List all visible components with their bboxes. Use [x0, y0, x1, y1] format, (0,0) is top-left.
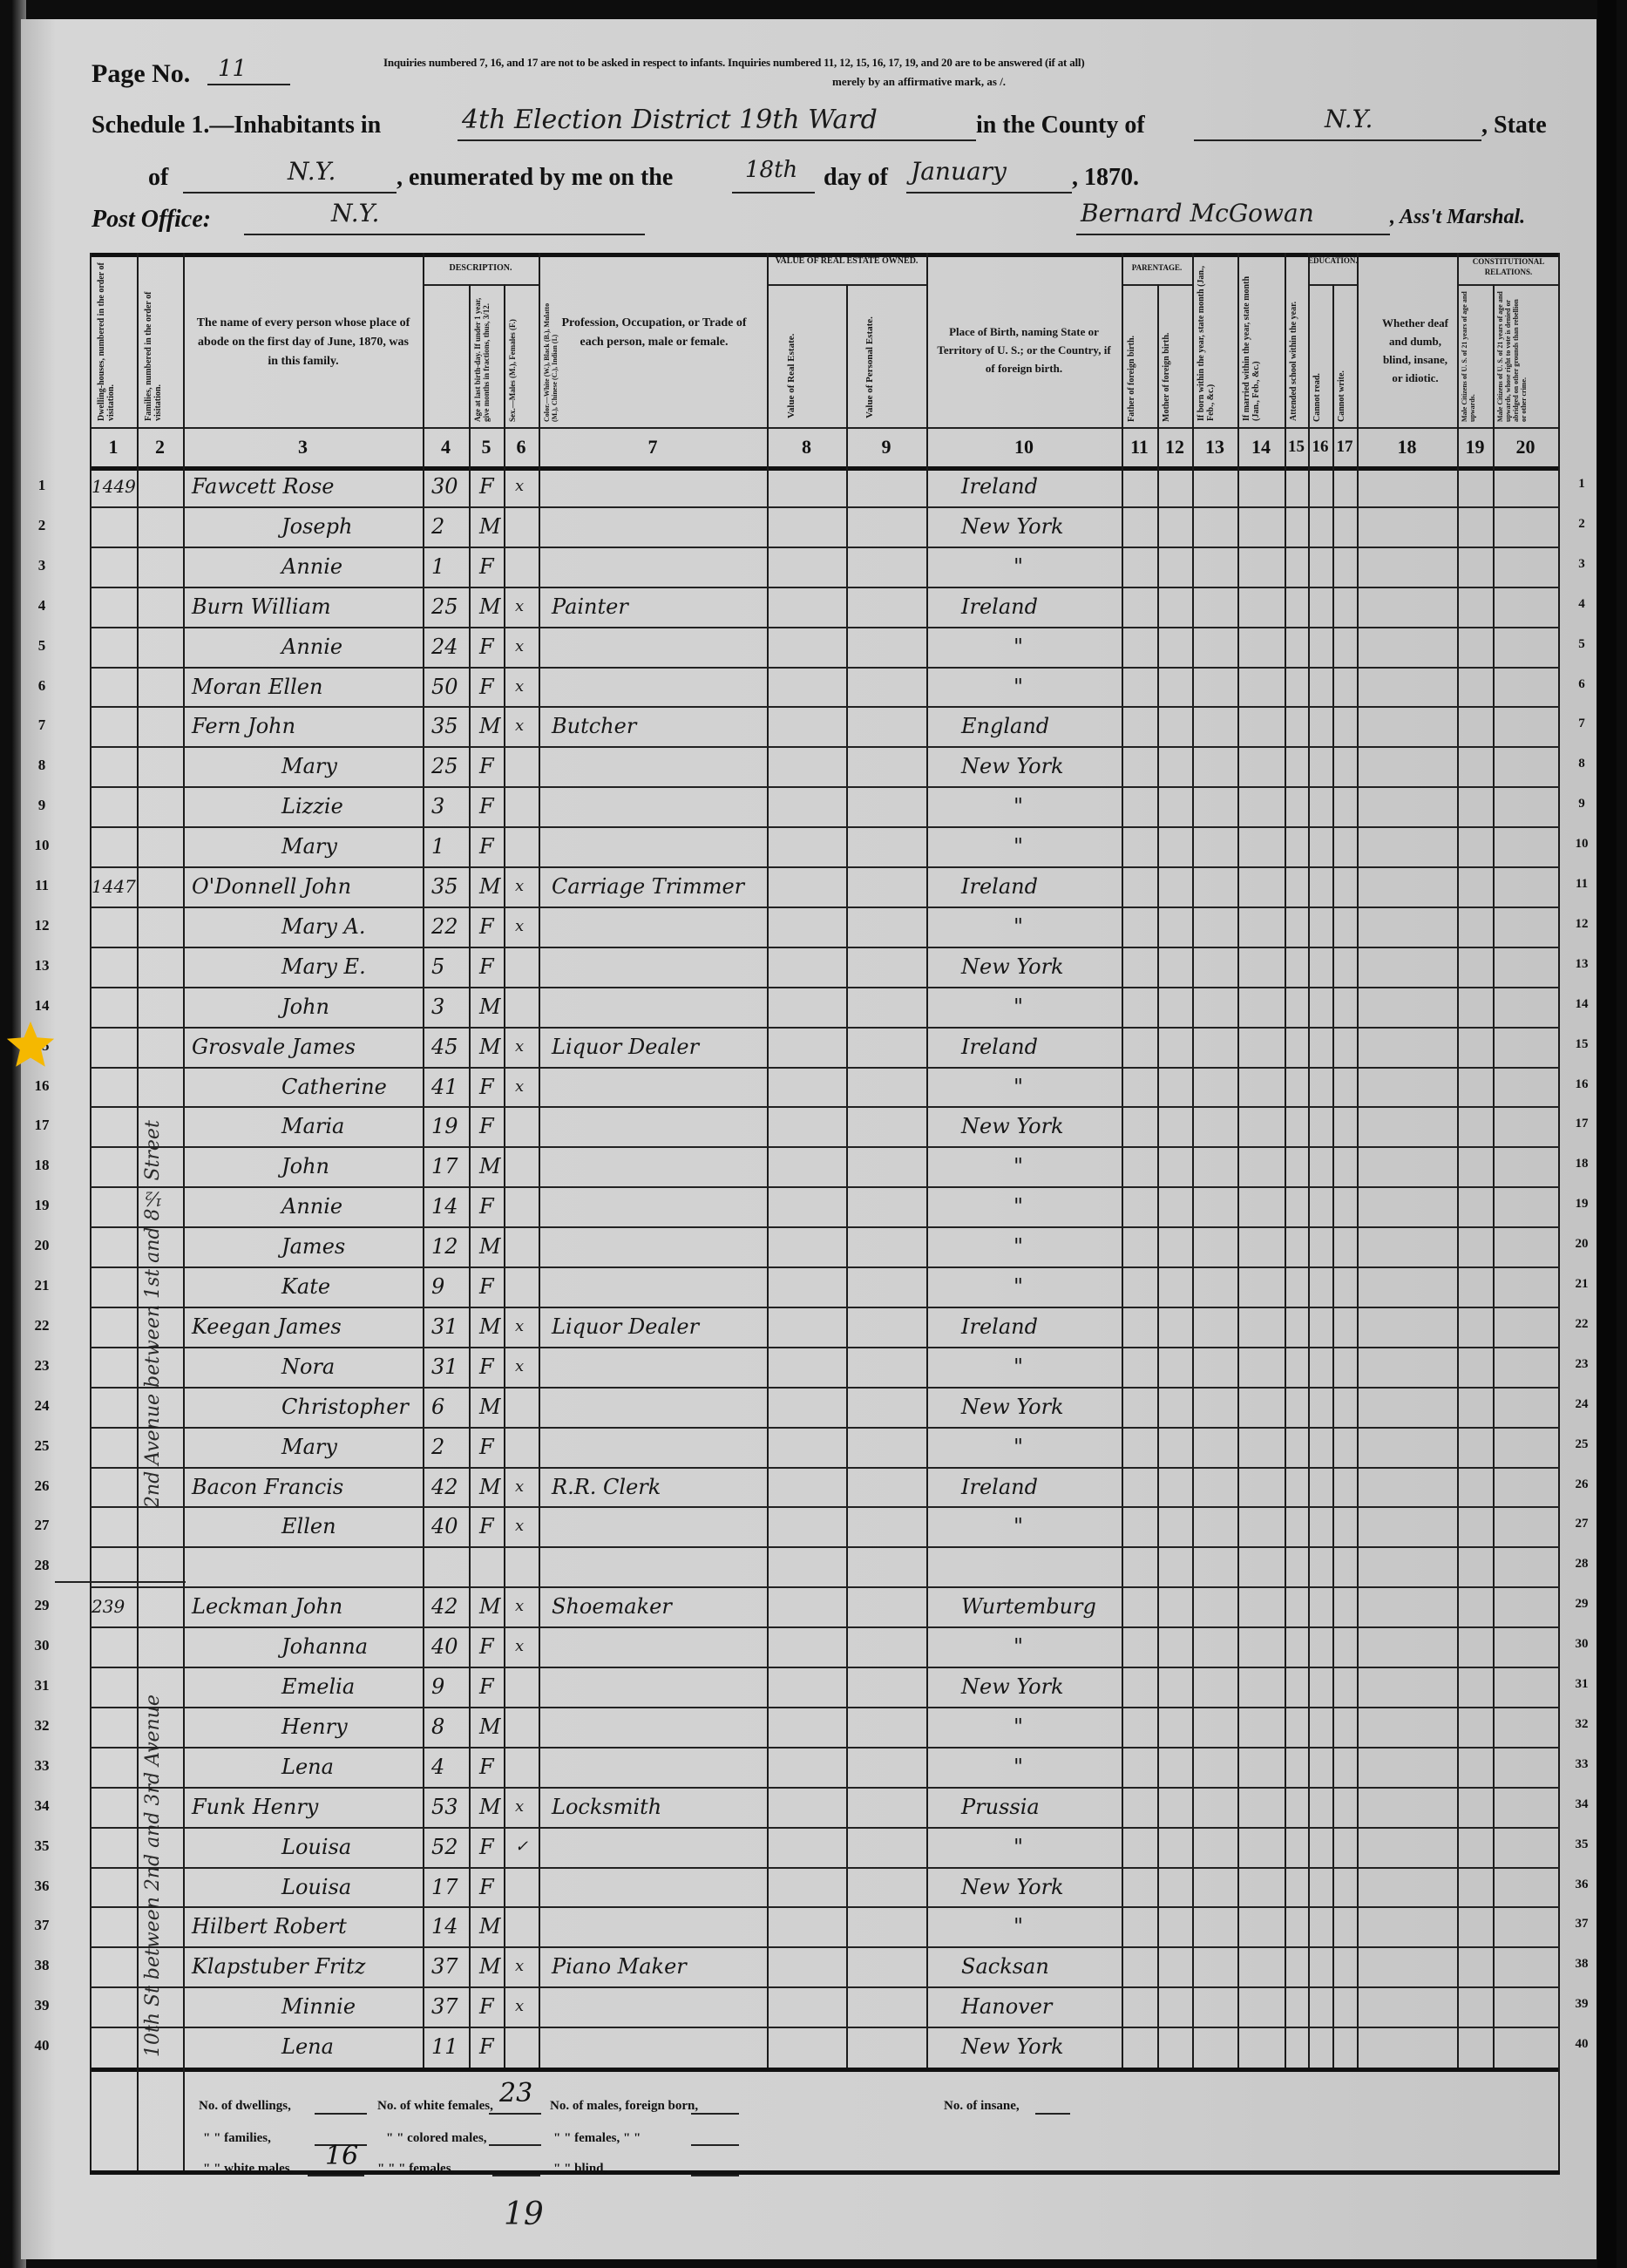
cell-birthplace: " [1013, 1429, 1023, 1464]
row-number-right: 39 [1564, 1997, 1599, 2012]
row-number-left: 34 [24, 1797, 59, 1815]
cell-name: Moran Ellen [192, 669, 322, 704]
cell-sex: M [479, 1029, 501, 1064]
row-rule [90, 1146, 1560, 1148]
cell-mark: x [515, 1589, 524, 1624]
description-group-rule [423, 284, 539, 286]
cell-occupation: Locksmith [552, 1789, 661, 1824]
row-number-right: 40 [1564, 2037, 1599, 2052]
col-number-16: 16 [1308, 430, 1332, 465]
cell-sex: M [479, 1789, 501, 1824]
cell-birthplace: Ireland [961, 469, 1038, 504]
row-rule [90, 1707, 1560, 1708]
row-number-left: 37 [24, 1917, 59, 1934]
cell-mark: x [515, 1309, 524, 1344]
cell-mark: x [515, 589, 524, 624]
col-header-10: Place of Birth, naming State or Territor… [937, 323, 1111, 377]
footer-page-number: 19 [504, 2197, 544, 2232]
cell-mark: x [515, 1789, 524, 1824]
cell-mark: x [515, 1989, 524, 2024]
row-number-right: 22 [1564, 1317, 1599, 1332]
row-number-left: 24 [24, 1397, 59, 1415]
cell-name: Grosvale James [192, 1029, 356, 1064]
row-rule [90, 547, 1560, 548]
cell-name: Funk Henry [192, 1789, 318, 1824]
summary-white-males-field [308, 2175, 364, 2176]
cell-birthplace: Wurtemburg [961, 1589, 1096, 1624]
row-rule [90, 1347, 1560, 1348]
row-number-right: 28 [1564, 1557, 1599, 1572]
cell-age: 17 [431, 1149, 458, 1184]
cell-mark: x [515, 469, 524, 504]
row-number-right: 9 [1564, 797, 1599, 811]
group-education: Education. [1308, 256, 1357, 266]
row-number-right: 31 [1564, 1677, 1599, 1692]
col-header-18: Whether deaf and dumb, blind, insane, or… [1378, 314, 1453, 387]
col-number-6: 6 [504, 430, 539, 465]
col-number-3: 3 [183, 430, 423, 465]
row-rule [90, 706, 1560, 708]
row-number-left: 13 [24, 957, 59, 974]
cell-age: 1 [431, 549, 444, 584]
group-parentage: Parentage. [1122, 261, 1192, 275]
row-number-right: 13 [1564, 957, 1599, 972]
summary-families-label: " " families, [203, 2131, 271, 2146]
row-number-right: 21 [1564, 1277, 1599, 1292]
cell-birthplace: " [1013, 1709, 1023, 1744]
col-header-4: Age at last birth-day. If under 1 year, … [473, 291, 512, 422]
cell-sex: F [479, 909, 494, 944]
cell-age: 2 [431, 509, 444, 544]
cell-name: Johanna [281, 1629, 368, 1664]
header-divider [90, 427, 1560, 429]
day-underline [732, 192, 815, 194]
star-icon[interactable] [3, 1018, 58, 1072]
summary-foreign-females-label: " " females, " " [553, 2131, 641, 2146]
row-rule [90, 1467, 1560, 1469]
marshal-name: Bernard McGowan [1081, 199, 1314, 227]
row-number-left: 40 [24, 2037, 59, 2054]
cell-birthplace: " [1013, 989, 1023, 1024]
table-bottom-rule [90, 2068, 1560, 2072]
cell-mark: x [515, 1949, 524, 1984]
summary-white-males-label: " " white males, [203, 2162, 293, 2176]
cell-occupation: R.R. Clerk [552, 1470, 661, 1504]
scan-edge-right [1597, 0, 1617, 2268]
row-number-right: 38 [1564, 1957, 1599, 1972]
cell-birthplace: " [1013, 1149, 1023, 1184]
row-rule [90, 1867, 1560, 1869]
cell-age: 37 [431, 1989, 458, 2024]
cell-birthplace: New York [961, 1669, 1064, 1704]
cell-birthplace: New York [961, 509, 1064, 544]
cell-mark: x [515, 869, 524, 904]
row-number-left: 23 [24, 1357, 59, 1375]
cell-age: 4 [431, 1749, 444, 1784]
col-header-2: Families, numbered in the order of visit… [144, 260, 179, 421]
cell-occupation: Painter [552, 589, 628, 624]
col-line [183, 253, 185, 2170]
cell-age: 12 [431, 1229, 458, 1264]
cell-name: O'Donnell John [192, 869, 351, 904]
cell-mark: x [515, 1069, 524, 1104]
row-number-right: 3 [1564, 557, 1599, 572]
row-rule [90, 1106, 1560, 1108]
state-value: N.Y. [288, 157, 336, 186]
row-number-left: 12 [24, 917, 59, 934]
summary-insane-field [1035, 2113, 1070, 2115]
row-number-left: 28 [24, 1557, 59, 1574]
cell-name: Catherine [281, 1069, 387, 1104]
cell-sex: F [479, 1429, 494, 1464]
cell-mark: x [515, 1029, 524, 1064]
col-line [504, 284, 505, 2068]
summary-blind-field [691, 2175, 739, 2176]
summary-foreign-females-field [691, 2144, 739, 2146]
row-number-right: 10 [1564, 837, 1599, 852]
col-line [1308, 253, 1310, 2068]
summary-dwellings-label: No. of dwellings, [199, 2099, 291, 2114]
cell-birthplace: Ireland [961, 1470, 1038, 1504]
row-number-right: 37 [1564, 1917, 1599, 1932]
page-no-label: Page No. [92, 59, 190, 89]
cell-sex: F [479, 749, 494, 784]
cell-sex: M [479, 1470, 501, 1504]
summary-colored-females-label: " " " females, [377, 2162, 454, 2176]
row-rule [90, 866, 1560, 868]
day-value: 18th [745, 157, 797, 183]
cell-age: 40 [431, 1629, 458, 1664]
col-line [1558, 253, 1560, 2170]
street-note-1: 2nd Avenue between 1st and 8½ Street [142, 741, 164, 1508]
summary-colored-males-field [489, 2144, 541, 2146]
cell-sex: M [479, 1589, 501, 1624]
row-number-right: 16 [1564, 1077, 1599, 1092]
cell-age: 35 [431, 869, 458, 904]
cell-sex: F [479, 1349, 494, 1384]
cell-birthplace: " [1013, 1509, 1023, 1544]
row-rule [90, 1307, 1560, 1308]
row-rule [90, 786, 1560, 788]
cell-name: Klapstuber Fritz [192, 1949, 365, 1984]
page-no-underline [207, 84, 290, 85]
row-number-left: 8 [24, 757, 59, 774]
cell-name: Lena [281, 1749, 334, 1784]
cell-sex: F [479, 1189, 494, 1224]
cell-birthplace: England [961, 709, 1049, 744]
col-header-13: If born within the year, state month (Ja… [1197, 260, 1233, 421]
row-number-left: 3 [24, 557, 59, 574]
row-rule [90, 1506, 1560, 1508]
row-number-left: 2 [24, 517, 59, 534]
row-rule [90, 587, 1560, 588]
col-header-7-visible: Profession, Occupation, or Trade of each… [560, 314, 748, 352]
col-number-18: 18 [1357, 430, 1457, 465]
col-line [1493, 284, 1495, 2068]
row-rule [90, 1387, 1560, 1389]
instructions-line-1: Inquiries numbered 7, 16, and 17 are not… [383, 56, 1084, 70]
cell-birthplace: " [1013, 1189, 1023, 1224]
row-rule [90, 987, 1560, 988]
cell-name: Louisa [281, 1870, 351, 1905]
row-number-right: 17 [1564, 1117, 1599, 1131]
col-number-12: 12 [1157, 430, 1192, 465]
row-rule [90, 947, 1560, 948]
cell-sex: F [479, 469, 494, 504]
cell-sex: F [479, 629, 494, 664]
row-number-left: 35 [24, 1837, 59, 1855]
cell-age: 25 [431, 749, 458, 784]
cell-sex: F [479, 1109, 494, 1144]
summary-dwellings-field [315, 2113, 367, 2115]
summary-colored-females-field [492, 2175, 540, 2176]
cell-sex: M [479, 1149, 501, 1184]
cell-birthplace: " [1013, 1269, 1023, 1304]
cell-sex: F [479, 1870, 494, 1905]
cell-name: John [281, 989, 329, 1024]
cell-mark: x [515, 1509, 524, 1544]
cell-occupation: Piano Maker [552, 1949, 687, 1984]
cell-occupation: Liquor Dealer [552, 1309, 699, 1344]
row-number-right: 4 [1564, 597, 1599, 612]
row-number-left: 17 [24, 1117, 59, 1134]
year-value: , 1870. [1072, 164, 1139, 192]
cell-name: James [281, 1229, 345, 1264]
row-number-left: 25 [24, 1437, 59, 1455]
row-rule [90, 1906, 1560, 1908]
cell-age: 3 [431, 989, 444, 1024]
cell-sex: F [479, 1509, 494, 1544]
cell-name: Annie [281, 1189, 342, 1224]
cell-birthplace: " [1013, 1830, 1023, 1864]
cell-age: 40 [431, 1509, 458, 1544]
col-header-15: Attended school within the year. [1289, 260, 1306, 421]
col-line [1157, 284, 1159, 2068]
row-rule [90, 1427, 1560, 1429]
cell-age: 8 [431, 1709, 444, 1744]
cell-sex: F [479, 789, 494, 824]
cell-age: 52 [431, 1830, 458, 1864]
household-divider-mark [55, 1581, 186, 1583]
row-number-left: 16 [24, 1077, 59, 1095]
cell-age: 19 [431, 1109, 458, 1144]
cell-birthplace: " [1013, 1909, 1023, 1944]
row-rule [90, 2027, 1560, 2028]
cell-sex: M [479, 1909, 501, 1944]
col-number-8: 8 [767, 430, 846, 465]
summary-white-females-value: 23 [499, 2078, 532, 2108]
cell-name: Louisa [281, 1830, 351, 1864]
cell-sex: M [479, 509, 501, 544]
row-rule [90, 506, 1560, 508]
row-number-left: 11 [24, 877, 59, 894]
cell-age: 25 [431, 589, 458, 624]
row-rule [90, 1827, 1560, 1829]
col-number-20: 20 [1493, 430, 1558, 465]
cell-name: Joseph [281, 509, 352, 544]
cell-birthplace: " [1013, 669, 1023, 704]
row-rule [90, 1067, 1560, 1069]
cell-name: Mary A. [281, 909, 366, 944]
col-number-4: 4 [423, 430, 469, 465]
row-number-left: 32 [24, 1717, 59, 1735]
row-number-right: 32 [1564, 1717, 1599, 1732]
schedule-label: Schedule 1.—Inhabitants in [92, 112, 381, 139]
cell-age: 35 [431, 709, 458, 744]
cell-sex: M [479, 1229, 501, 1264]
cell-mark: ✓ [515, 1830, 528, 1864]
col-header-14: If married within the year, state month … [1242, 260, 1280, 421]
cell-mark: x [515, 1470, 524, 1504]
summary-insane-label: No. of insane, [944, 2099, 1020, 2114]
marshal-label: , Ass't Marshal. [1390, 206, 1525, 229]
row-rule [90, 627, 1560, 628]
col-line [1237, 253, 1239, 2068]
col-line [846, 284, 848, 2068]
cell-name: Henry [281, 1709, 348, 1744]
cell-name: Leckman John [192, 1589, 342, 1624]
row-rule [90, 1787, 1560, 1789]
col-line [1357, 253, 1359, 2068]
row-number-right: 24 [1564, 1397, 1599, 1412]
cell-name: Emelia [281, 1669, 355, 1704]
col-number-1: 1 [90, 430, 137, 465]
row-rule [90, 667, 1560, 669]
cell-mark: x [515, 1629, 524, 1664]
col-header-20: Male Citizens of U. S. of 21 years of ag… [1496, 291, 1556, 422]
row-rule [90, 826, 1560, 828]
row-number-left: 18 [24, 1157, 59, 1174]
cell-sex: M [479, 989, 501, 1024]
cell-birthplace: " [1013, 549, 1023, 584]
cell-birthplace: Prussia [961, 1789, 1040, 1824]
cell-age: 14 [431, 1909, 458, 1944]
county-underline [1194, 139, 1481, 141]
marshal-underline [1076, 234, 1390, 235]
cell-age: 42 [431, 1589, 458, 1624]
col-line [1192, 253, 1194, 2068]
cell-birthplace: " [1013, 829, 1023, 864]
col-header-1: Dwelling-houses, numbered in the order o… [97, 260, 132, 421]
cell-name: Hilbert Robert [192, 1909, 347, 1944]
col-line [926, 253, 928, 2068]
row-number-left: 38 [24, 1957, 59, 1974]
row-number-left: 7 [24, 716, 59, 734]
cell-name: Mary [281, 829, 337, 864]
row-rule [90, 1986, 1560, 1988]
col-number-9: 9 [846, 430, 926, 465]
col-number-13: 13 [1192, 430, 1237, 465]
col-number-10: 10 [926, 430, 1122, 465]
col-header-8: Value of Real Estate. [787, 305, 830, 418]
row-number-right: 12 [1564, 917, 1599, 932]
cell-dwelling: 1449 [92, 469, 136, 504]
cell-name: Annie [281, 629, 342, 664]
row-number-left: 6 [24, 677, 59, 695]
row-rule [90, 1546, 1560, 1548]
row-rule [90, 1626, 1560, 1628]
cell-birthplace: " [1013, 789, 1023, 824]
row-number-right: 20 [1564, 1237, 1599, 1252]
of-label: of [148, 164, 168, 192]
cell-name: Keegan James [192, 1309, 342, 1344]
row-number-right: 7 [1564, 716, 1599, 731]
row-rule [90, 1747, 1560, 1749]
row-number-right: 18 [1564, 1157, 1599, 1171]
county-label: in the County of [976, 112, 1145, 139]
col-line [423, 253, 424, 2068]
row-rule [90, 907, 1560, 908]
post-office-value: N.Y. [331, 199, 379, 227]
cell-birthplace: " [1013, 1629, 1023, 1664]
cell-age: 1 [431, 829, 444, 864]
summary-white-females-field [489, 2113, 541, 2115]
row-number-left: 20 [24, 1237, 59, 1254]
col-line [469, 284, 471, 2068]
row-number-right: 26 [1564, 1477, 1599, 1492]
cell-sex: M [479, 709, 501, 744]
cell-name: Mary E. [281, 949, 366, 984]
row-rule [90, 1266, 1560, 1268]
cell-name: Ellen [281, 1509, 336, 1544]
row-rule [90, 1667, 1560, 1668]
cell-sex: F [479, 549, 494, 584]
row-number-right: 23 [1564, 1357, 1599, 1372]
row-number-right: 2 [1564, 517, 1599, 532]
cell-mark: x [515, 629, 524, 664]
row-number-right: 11 [1564, 877, 1599, 892]
cell-sex: M [479, 1309, 501, 1344]
summary-white-males-value: 16 [325, 2141, 358, 2171]
cell-occupation: Shoemaker [552, 1589, 672, 1624]
row-number-right: 6 [1564, 677, 1599, 692]
cell-age: 53 [431, 1789, 458, 1824]
col-header-3: The name of every person whose place of … [194, 314, 412, 371]
row-number-right: 27 [1564, 1517, 1599, 1531]
cell-birthplace: New York [961, 749, 1064, 784]
cell-sex: M [479, 1949, 501, 1984]
row-number-left: 29 [24, 1597, 59, 1614]
col-header-9: Value of Personal Estate. [865, 305, 909, 418]
cell-birthplace: New York [961, 1109, 1064, 1144]
row-number-right: 33 [1564, 1757, 1599, 1772]
cell-birthplace: " [1013, 1229, 1023, 1264]
col-number-19: 19 [1457, 430, 1493, 465]
cell-mark: x [515, 669, 524, 704]
state-underline [183, 192, 397, 194]
row-number-right: 8 [1564, 757, 1599, 771]
cell-sex: M [479, 869, 501, 904]
cell-age: 37 [431, 1949, 458, 1984]
col-header-16: Cannot read. [1312, 291, 1330, 422]
cell-birthplace: Ireland [961, 589, 1038, 624]
cell-age: 45 [431, 1029, 458, 1064]
cell-mark: x [515, 909, 524, 944]
col-header-19: Male Citizens of U. S. of 21 years of ag… [1461, 291, 1490, 422]
col-header-17: Cannot write. [1337, 291, 1354, 422]
row-number-left: 21 [24, 1277, 59, 1294]
cell-sex: M [479, 589, 501, 624]
row-number-left: 30 [24, 1637, 59, 1654]
col-header-6: Color.—White (W.), Black (B.), Mulatto (… [543, 291, 571, 422]
group-description: Description. [423, 261, 539, 275]
summary-foreign-males-field [691, 2113, 739, 2115]
row-rule [90, 1946, 1560, 1948]
cell-sex: F [479, 949, 494, 984]
month-underline [906, 192, 1072, 194]
row-number-left: 31 [24, 1677, 59, 1694]
enumerated-label: , enumerated by me on the [397, 164, 673, 192]
